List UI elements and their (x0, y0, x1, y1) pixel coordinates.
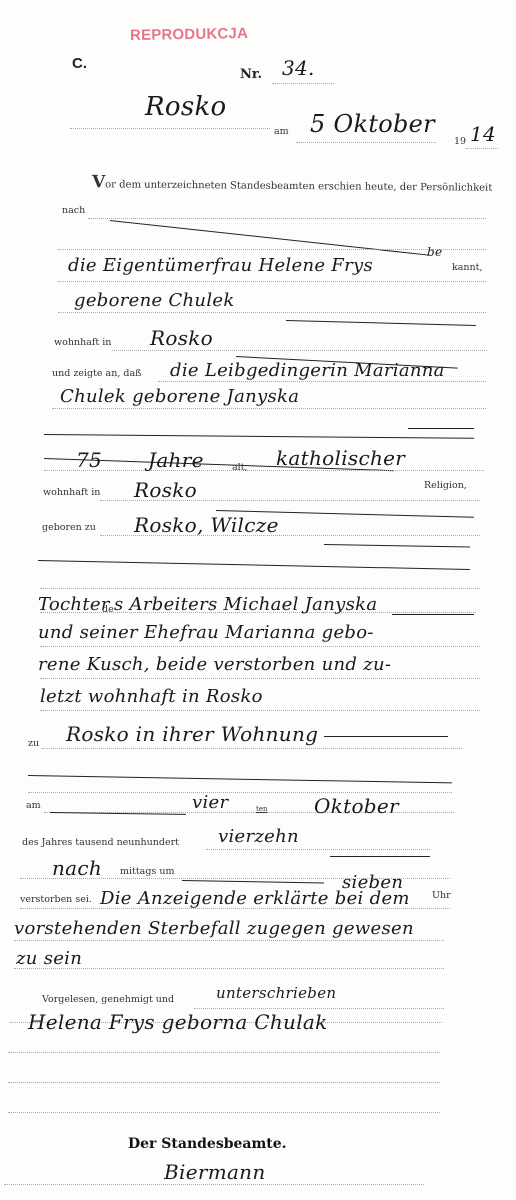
jahres-label: des Jahres tausend neunhundert (22, 837, 179, 848)
declaration-line-3: zu sein (16, 948, 82, 969)
deceased-residence: Rosko (134, 478, 197, 502)
official-title: Der Standesbeamte. (128, 1136, 287, 1152)
intro-text: VVor dem unterzeichneten Standesbeamten … (92, 172, 492, 195)
deceased-line-1: die Leibgedingerin Marianna (170, 360, 445, 381)
death-day: vier (192, 792, 228, 813)
wohnhaft-2-label: wohnhaft in (43, 487, 100, 498)
death-year-words: vierzehn (218, 826, 299, 847)
geboren-label: geboren zu (42, 522, 96, 533)
time-prefix: nach (52, 856, 102, 880)
birthplace: Rosko, Wilcze (134, 513, 279, 537)
kannt-label: kannt, (452, 262, 483, 273)
form-letter: C. (72, 55, 87, 72)
informant-residence: Rosko (150, 326, 213, 350)
reproduction-stamp: REPRODUKCJA (130, 25, 248, 44)
deceased-line-2: Chulek geborene Janyska (60, 386, 299, 407)
kannt-prefix: be (427, 245, 442, 259)
alt-label: alt, (232, 462, 248, 473)
parents-line-4: letzt wohnhaft in Rosko (40, 686, 263, 707)
record-number: 34. (282, 56, 315, 80)
death-month: Oktober (314, 794, 399, 818)
vorgelesen-value: unterschrieben (216, 984, 336, 1002)
am-2-label: am (26, 800, 41, 811)
parents-line-1: s Arbeiters Michael Janyska (114, 594, 377, 615)
death-certificate-page: REPRODUKCJA C. Nr. 34. Rosko am 5 Oktobe… (0, 0, 516, 1200)
year-suffix: 14 (470, 122, 496, 146)
parents-tochter: Tochter (38, 594, 110, 615)
informant-line-2: geborene Chulek (74, 290, 235, 311)
official-signature: Biermann (164, 1160, 266, 1184)
parents-line-3: rene Kusch, beide verstorben und zu- (38, 654, 391, 675)
parents-de-label: de (102, 604, 114, 615)
declaration-line-1: Die Anzeigende erklärte bei dem (100, 888, 410, 909)
zu-label: zu (28, 738, 39, 749)
informant-line-1: die Eigentümerfrau Helene Frys (68, 255, 373, 276)
uhr-label: Uhr (432, 890, 451, 901)
informant-signature: Helena Frys geborna Chulak (28, 1010, 328, 1034)
verstorben-label: verstorben sei. (20, 894, 92, 905)
zeigte-label: und zeigte an, daß (52, 368, 141, 379)
religion-value: katholischer (276, 446, 405, 470)
registry-place: Rosko (145, 92, 226, 122)
vorgelesen-label: Vorgelesen, genehmigt und (42, 994, 174, 1005)
declaration-line-2: vorstehenden Sterbefall zugegen gewesen (14, 918, 414, 939)
number-label: Nr. (240, 67, 262, 82)
age-value: 75 (76, 448, 102, 472)
parents-line-2: und seiner Ehefrau Marianna gebo- (38, 622, 374, 643)
mittags-label: mittags um (120, 866, 174, 877)
am-label: am (274, 126, 289, 137)
year-prefix: 19 (454, 136, 466, 147)
nach-label: nach (62, 205, 85, 216)
death-place: Rosko in ihrer Wohnung (66, 722, 318, 746)
religion-label: Religion, (424, 480, 467, 491)
registry-date: 5 Oktober (310, 110, 435, 138)
wohnhaft-label: wohnhaft in (54, 337, 111, 348)
ten-label: ten (256, 805, 267, 813)
age-unit: Jahre (148, 448, 204, 472)
